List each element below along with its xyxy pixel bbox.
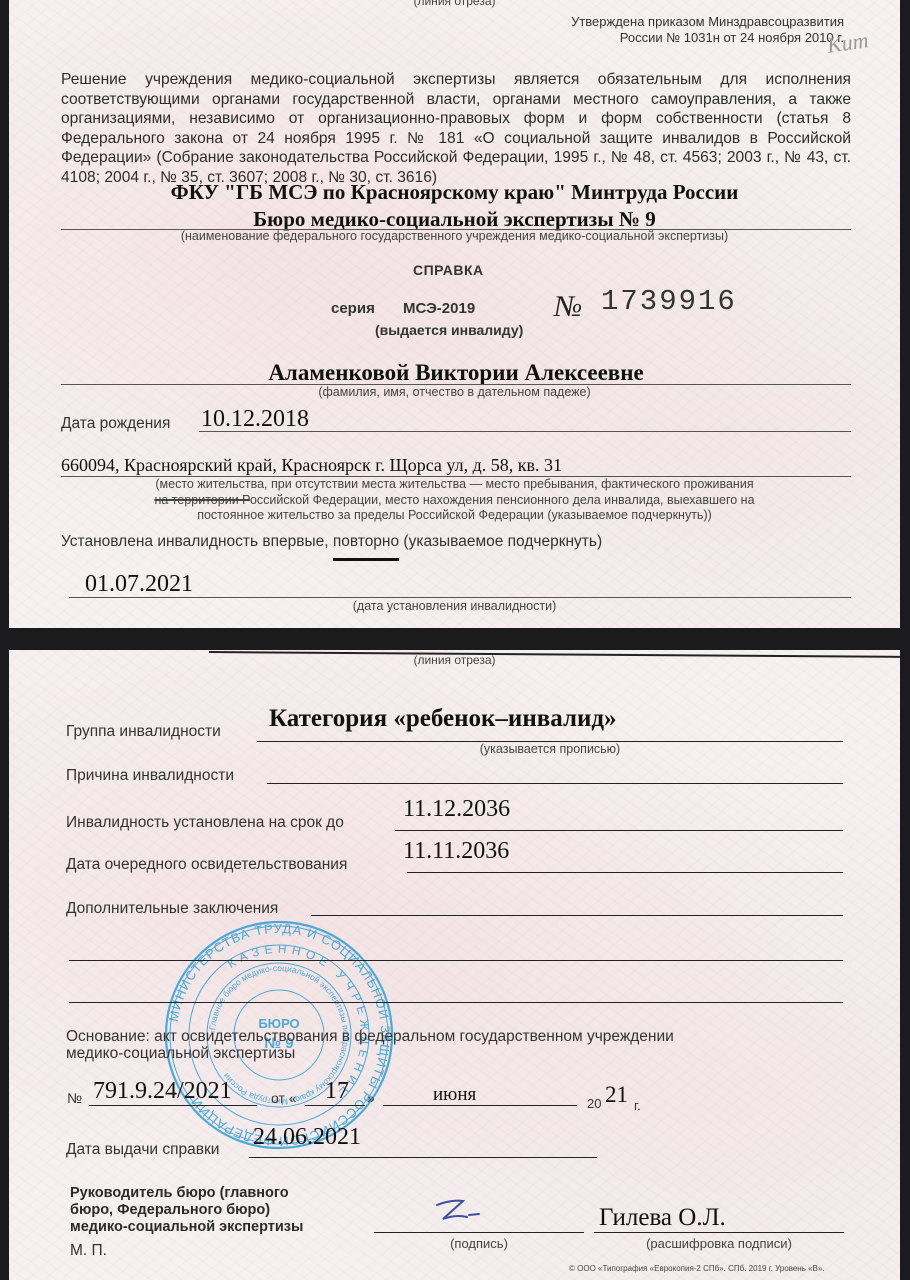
approval-note: Утверждена приказом Минздравсоцразвития … (571, 14, 844, 46)
additional-underline-3 (69, 1002, 843, 1003)
signer-name-underline (594, 1232, 844, 1233)
approval-line-2: России № 1031н от 24 ноября 2010 г. (571, 30, 844, 46)
established-date-underline (69, 597, 851, 598)
act-day-close-quote: » (367, 1090, 375, 1106)
recipient-name-caption: (фамилия, имя, отчество в дательном паде… (9, 385, 900, 399)
head-title: Руководитель бюро (главного бюро, Федера… (70, 1185, 303, 1236)
group-caption: (указывается прописью) (257, 742, 843, 756)
group-value: Категория «ребенок–инвалид» (269, 705, 617, 733)
signature-underline (374, 1232, 584, 1233)
additional-underline-1 (311, 915, 843, 916)
certificate-number: 1739916 (601, 285, 737, 318)
struck-text: на территории Р (154, 493, 249, 507)
act-month-underline (383, 1105, 577, 1106)
seal-place-label: М. П. (70, 1242, 107, 1260)
established-date-caption: (дата установления инвалидности) (9, 599, 900, 613)
term-underline (395, 830, 843, 831)
group-label: Группа инвалидности (66, 723, 221, 741)
cause-label: Причина инвалидности (66, 767, 234, 785)
birth-date-underline (199, 431, 851, 432)
address-value: 660094, Красноярский край, Красноярск г.… (61, 455, 562, 476)
act-number-sign: № (67, 1090, 82, 1106)
issued-to-caption: (выдается инвалиду) (375, 322, 523, 338)
address-caption-line-2: на территории Российской Федерации, мест… (9, 493, 900, 509)
established-date-value: 01.07.2021 (85, 571, 193, 598)
status-option-repeat: повторно (333, 533, 399, 550)
next-exam-underline (407, 872, 843, 873)
cut-line-label: (линия отреза) (9, 0, 900, 8)
signer-name: Гилева О.Л. (599, 1204, 726, 1232)
additional-label: Дополнительные заключения (66, 900, 278, 918)
address-caption: (место жительства, при отсутствии места … (9, 477, 900, 524)
next-exam-label: Дата очередного освидетельствования (66, 856, 347, 874)
issue-date-value: 24.06.2021 (253, 1124, 361, 1151)
institution-caption: (наименование федерального государственн… (9, 229, 900, 243)
certificate-page-bottom: (линия отреза) МИНИСТЕРСТВА ТРУДА И СОЦИ… (9, 650, 900, 1280)
certificate-title: СПРАВКА (413, 262, 484, 278)
signer-name-caption: (расшифровка подписи) (594, 1236, 844, 1251)
next-exam-value: 11.11.2036 (403, 838, 509, 865)
series-label: серия (331, 300, 375, 317)
act-day-value: 17 (325, 1078, 349, 1105)
certificate-page-top: (линия отреза) Утверждена приказом Минзд… (9, 0, 900, 628)
act-number-underline (89, 1105, 257, 1106)
cut-line-label: (линия отреза) (9, 653, 900, 667)
institution-name-line-1: ФКУ "ГБ МСЭ по Красноярскому краю" Минтр… (9, 180, 900, 205)
legal-notice: Решение учреждения медико-социальной экс… (61, 70, 851, 187)
cause-underline (267, 783, 843, 784)
term-label: Инвалидность установлена на срок до (66, 814, 344, 832)
act-year-unit: г. (634, 1098, 641, 1113)
printer-credit: © ООО «Типография «Еврокопия-2 СПб». СПб… (569, 1264, 825, 1273)
act-year-suffix: 21 (605, 1082, 628, 1108)
number-sign: № (554, 290, 582, 324)
series-value: МСЭ-2019 (403, 300, 475, 317)
handwritten-signature (429, 1195, 489, 1225)
act-date-from-label: от « (271, 1090, 297, 1106)
issue-date-underline (249, 1157, 597, 1158)
birth-date-label: Дата рождения (61, 415, 170, 433)
issue-date-label: Дата выдачи справки (66, 1141, 219, 1159)
act-day-underline (305, 1105, 365, 1106)
basis-text: Основание: акт освидетельствования в фед… (66, 1028, 674, 1062)
act-year-prefix: 20 (587, 1096, 601, 1111)
address-caption-line-3: постоянное жительство за пределы Российс… (9, 508, 900, 524)
act-month-value: июня (433, 1084, 476, 1106)
disability-status-line: Установлена инвалидность впервые, повтор… (61, 533, 602, 551)
recipient-name: Аламенковой Виктории Алексеевне (61, 360, 851, 386)
approval-line-1: Утверждена приказом Минздравсоцразвития (571, 14, 844, 30)
signature-caption: (подпись) (374, 1236, 584, 1251)
handwritten-initials: Кит (825, 27, 870, 59)
additional-underline-2 (69, 960, 843, 961)
act-number-value: 791.9.24/2021 (93, 1078, 232, 1105)
status-underline-mark (333, 558, 399, 561)
address-caption-line-1: (место жительства, при отсутствии места … (9, 477, 900, 493)
birth-date-value: 10.12.2018 (201, 406, 309, 433)
term-value: 11.12.2036 (403, 796, 510, 823)
